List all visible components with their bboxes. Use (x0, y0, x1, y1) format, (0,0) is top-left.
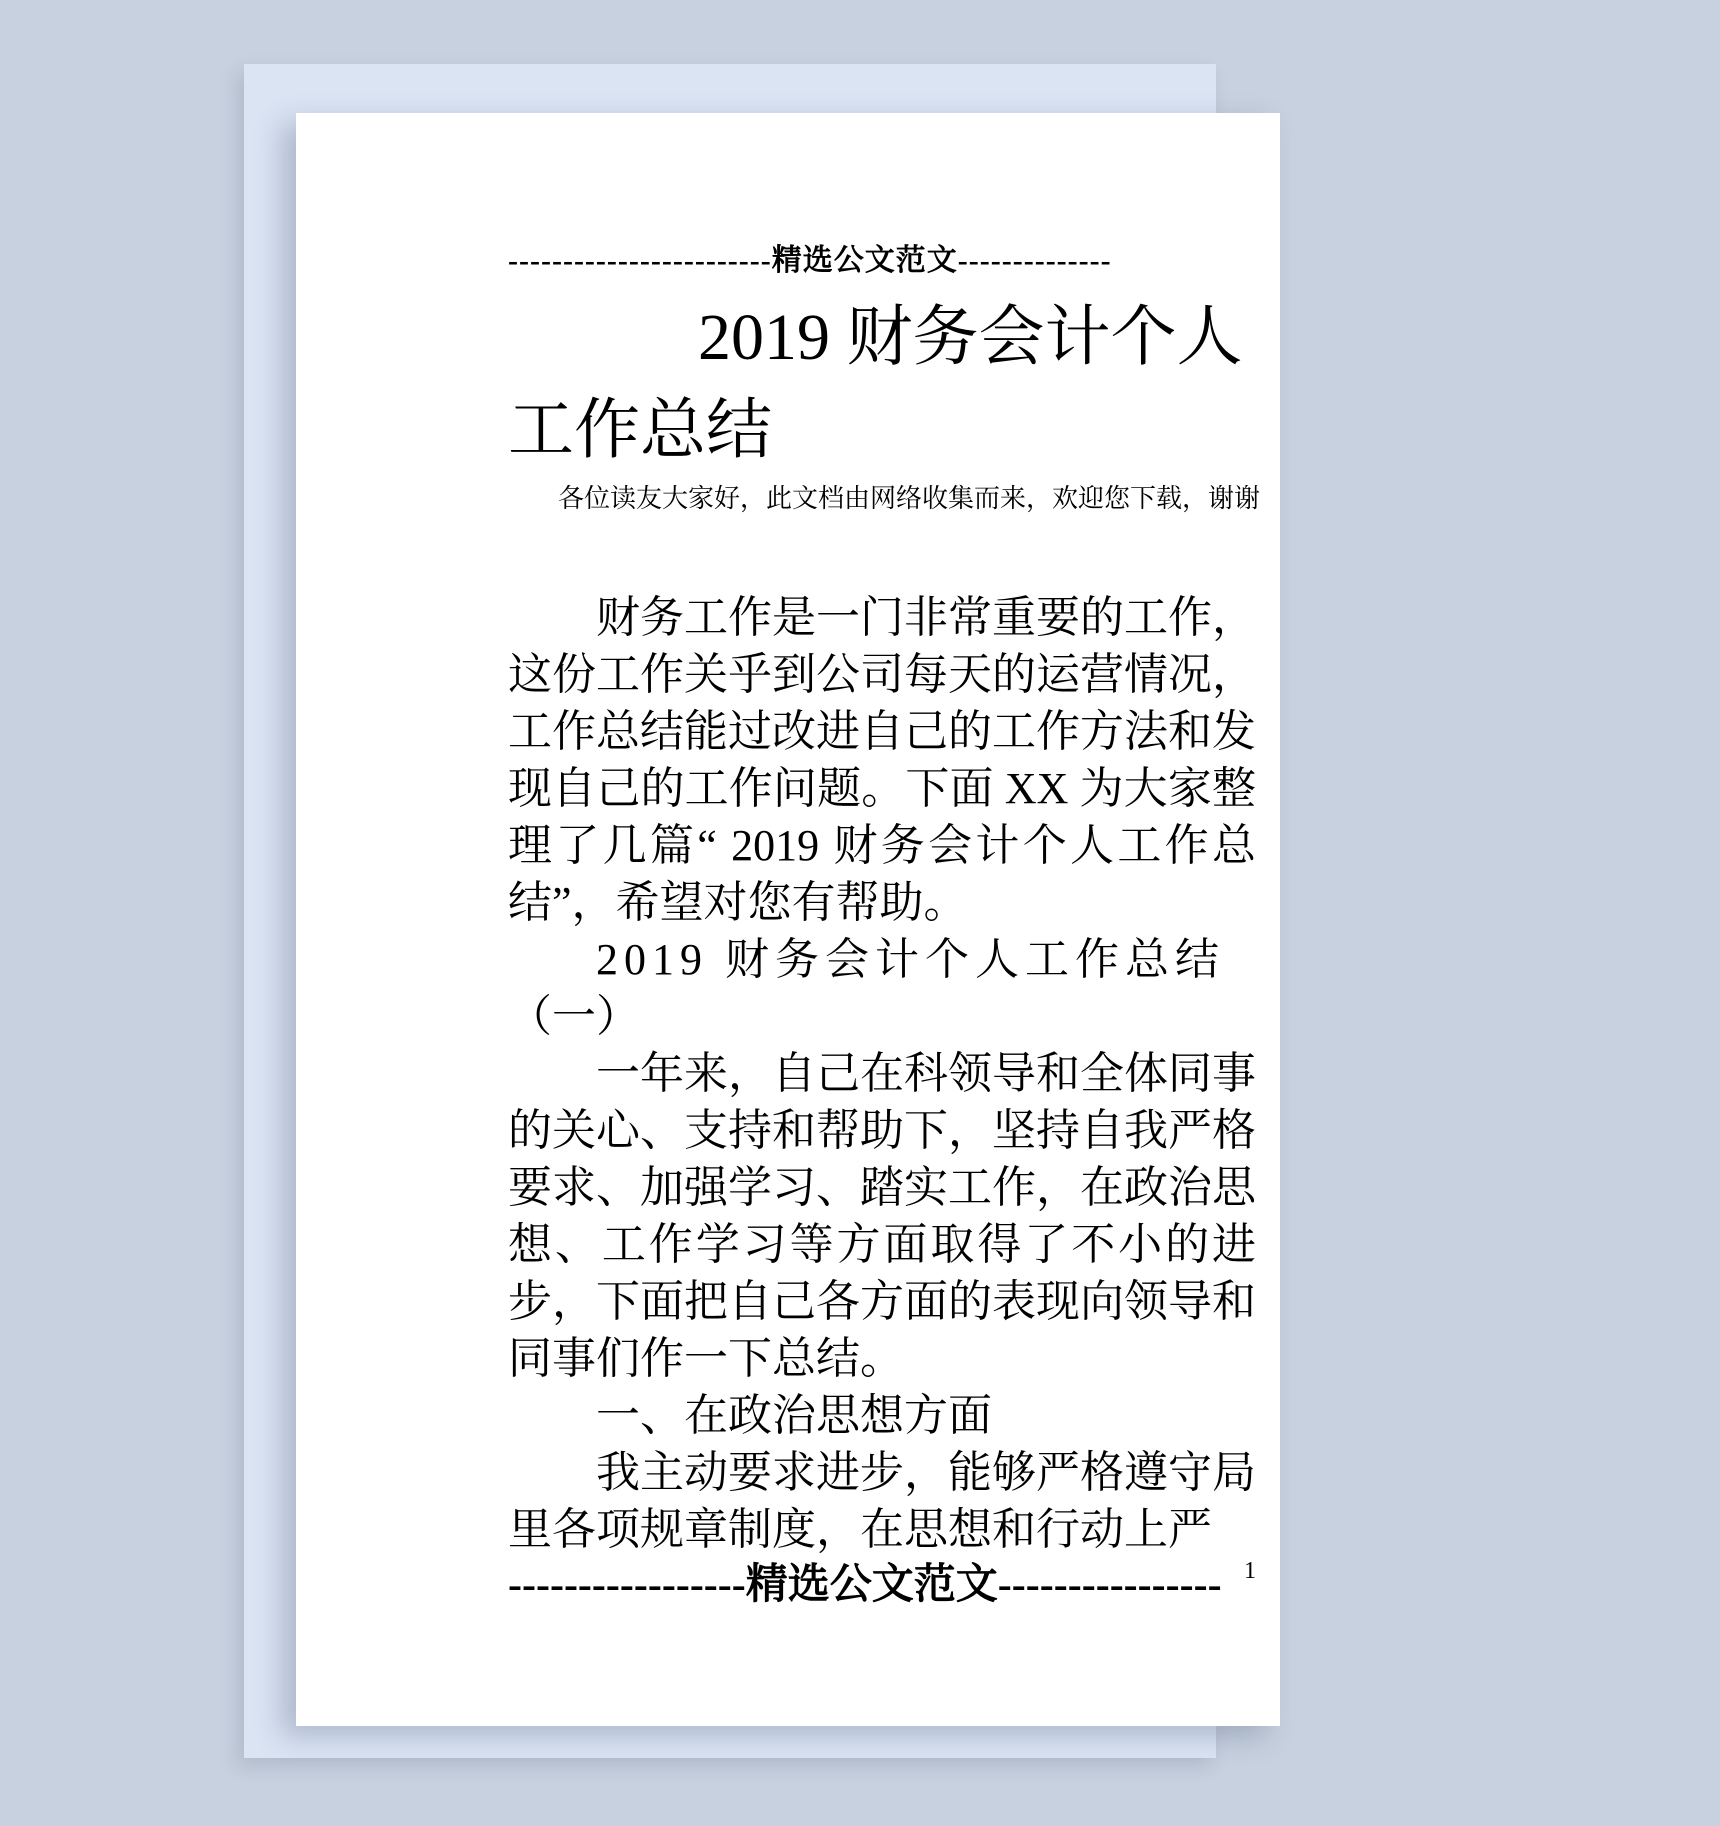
paragraph-political-content: 我主动要求进步，能够严格遵守局里各项规章制度，在思想和行动上严 (508, 1444, 1256, 1558)
header-dashes-left: ------------------------ (508, 244, 772, 277)
paragraph-intro: 财务工作是一门非常重要的工作，这份工作关乎到公司每天的运营情况，工作总结能过改进… (508, 589, 1256, 931)
footer-title: 精选公文范文 (746, 1562, 998, 1608)
paragraph-part-number: （一） (508, 988, 1256, 1045)
paragraph-section-title: 2019 财务会计个人工作总结 (508, 931, 1256, 988)
page-header: ------------------------精选公文范文----------… (508, 243, 1256, 279)
footer-dashes-left: ----------------- (508, 1562, 746, 1608)
paragraph-heading-political: 一、在政治思想方面 (508, 1387, 1256, 1444)
page-content: ------------------------精选公文范文----------… (508, 113, 1256, 1610)
paragraph-summary-intro: 一年来，自己在科领导和全体同事的关心、支持和帮助下，坚持自我严格要求、加强学习、… (508, 1045, 1256, 1387)
footer-dashes-right: ---------------- (998, 1562, 1222, 1608)
document-body: 财务工作是一门非常重要的工作，这份工作关乎到公司每天的运营情况，工作总结能过改进… (508, 589, 1256, 1558)
page-number: 1 (1244, 1546, 1256, 1596)
header-title: 精选公文范文 (772, 244, 958, 277)
page-footer: -----------------精选公文范文----------------1 (508, 1560, 1256, 1610)
document-subtitle: 各位读友大家好，此文档由网络收集而来，欢迎您下载，谢谢 (508, 479, 1256, 519)
desktop-background: ------------------------精选公文范文----------… (0, 0, 1720, 1826)
document-title: 2019 财务会计个人工作总结 (508, 291, 1256, 477)
header-dashes-right: -------------- (958, 244, 1112, 277)
document-page: ------------------------精选公文范文----------… (296, 113, 1280, 1726)
